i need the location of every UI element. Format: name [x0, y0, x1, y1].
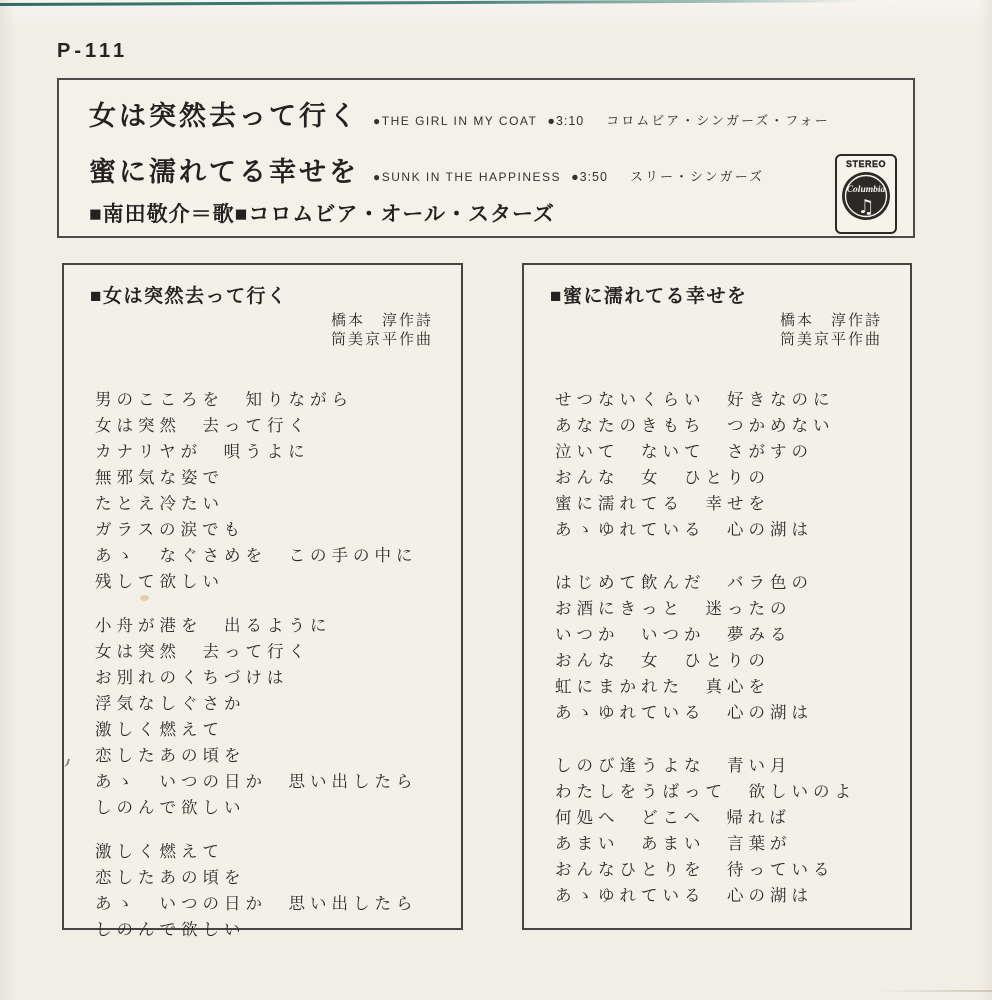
title-header-box: 女は突然去って行く ●THE GIRL IN MY COAT ●3:10 コロム… [57, 78, 915, 238]
track-1-duration: ●3:10 [547, 114, 584, 128]
song-box-side-b: ■蜜に濡れてる幸せを 橋本 淳作詩筒美京平作曲 せつないくらい 好きなのにあなた… [522, 263, 912, 930]
lyric-line: お別れのくちづけは [95, 665, 461, 691]
stanza: しのび逢うよな 青い月わたしをうばって 欲しいのよ何処へ どこへ 帰ればあまい … [555, 753, 910, 909]
lyric-line: しのんで欲しい [95, 917, 461, 943]
lyric-line: 何処へ どこへ 帰れば [555, 805, 910, 831]
columbia-wordmark: Columbia [847, 185, 886, 195]
lyric-line: 女は突然 去って行く [95, 413, 461, 439]
lyric-line: わたしをうばって 欲しいのよ [555, 779, 910, 805]
lyric-line: 男のこころを 知りながら [95, 387, 461, 413]
lyric-line: 無邪気な姿で [95, 465, 461, 491]
song-b-credits: 橋本 淳作詩筒美京平作曲 [524, 311, 910, 349]
lyric-line: おんな 女 ひとりの [555, 465, 910, 491]
lyric-line: 残して欲しい [95, 569, 461, 595]
song-box-side-a: ■女は突然去って行く 橋本 淳作詩筒美京平作曲 男のこころを 知りながら女は突然… [62, 263, 463, 930]
lyric-line: あゝ いつの日か 思い出したら [95, 891, 461, 917]
performers-line: ■南田敬介＝歌■コロムビア・オール・スターズ [89, 198, 555, 228]
stereo-label: STEREO [846, 159, 886, 169]
track-row-2: 蜜に濡れてる幸せを ●SUNK IN THE HAPPINESS ●3:50 ス… [89, 150, 764, 189]
track-2-title: 蜜に濡れてる幸せを [89, 150, 359, 189]
paper-stain [140, 595, 149, 601]
credit-line: 橋本 淳作詩 [524, 311, 882, 330]
music-note-icon: ♫ [857, 196, 874, 218]
song-a-title: ■女は突然去って行く [90, 281, 461, 308]
lyric-line: あゝゆれている 心の湖は [555, 883, 910, 909]
lyric-line: あなたのきもち つかめない [555, 413, 910, 439]
lyric-line: 泣いて ないて さがすの [555, 439, 910, 465]
lyric-line: お酒にきっと 迷ったの [555, 596, 910, 622]
lyric-line: はじめて飲んだ バラ色の [555, 570, 910, 596]
lyric-line: あゝ いつの日か 思い出したら [95, 769, 461, 795]
lyric-line: おんなひとりを 待っている [555, 857, 910, 883]
song-b-title: ■蜜に濡れてる幸せを [550, 281, 910, 308]
lyric-line: 激しく燃えて [95, 717, 461, 743]
lyric-line: 小舟が港を 出るように [95, 613, 461, 639]
credit-line: 橋本 淳作詩 [64, 311, 433, 330]
scan-crease-line [877, 990, 992, 992]
lyric-line: あゝゆれている 心の湖は [555, 517, 910, 543]
stanza: はじめて飲んだ バラ色のお酒にきっと 迷ったのいつか いつか 夢みるおんな 女 … [555, 570, 910, 726]
lyric-line: 女は突然 去って行く [95, 639, 461, 665]
lyric-line: 恋したあの頃を [95, 865, 461, 891]
lyric-line: あまい あまい 言葉が [555, 831, 910, 857]
lyric-line: ガラスの涙でも [95, 517, 461, 543]
lyric-line: カナリヤが 唄うよに [95, 439, 461, 465]
track-1-title: 女は突然去って行く [89, 94, 359, 133]
lyric-line: 虹にまかれた 真心を [555, 674, 910, 700]
columbia-stereo-logo: STEREO Columbia ♫ [835, 154, 897, 234]
stanza: 小舟が港を 出るように女は突然 去って行くお別れのくちづけは浮気なしぐさか激しく… [95, 613, 461, 821]
lyric-line: せつないくらい 好きなのに [555, 387, 910, 413]
song-a-credits: 橋本 淳作詩筒美京平作曲 [64, 311, 461, 349]
track-1-english-title: ●THE GIRL IN MY COAT [373, 114, 537, 128]
columbia-record-icon: Columbia ♫ [841, 170, 891, 222]
lyric-line: 蜜に濡れてる 幸せを [555, 491, 910, 517]
stanza: せつないくらい 好きなのにあなたのきもち つかめない泣いて ないて さがすのおん… [555, 387, 910, 543]
track-1-artist: コロムビア・シンガーズ・フォー [606, 110, 829, 129]
track-2-english-title: ●SUNK IN THE HAPPINESS [373, 170, 561, 184]
lyric-line: しのび逢うよな 青い月 [555, 753, 910, 779]
lyric-line: 恋したあの頃を [95, 743, 461, 769]
track-row-1: 女は突然去って行く ●THE GIRL IN MY COAT ●3:10 コロム… [89, 94, 830, 133]
stanza: 男のこころを 知りながら女は突然 去って行くカナリヤが 唄うよに無邪気な姿でたと… [95, 387, 461, 595]
catalog-number: P-111 [57, 40, 128, 63]
track-2-duration: ●3:50 [571, 170, 608, 184]
song-b-lyrics: せつないくらい 好きなのにあなたのきもち つかめない泣いて ないて さがすのおん… [555, 387, 910, 909]
lyric-line: しのんで欲しい [95, 795, 461, 821]
lyric-line: たとえ冷たい [95, 491, 461, 517]
lyric-line: おんな 女 ひとりの [555, 648, 910, 674]
track-2-artist: スリー・シンガーズ [630, 166, 764, 185]
scanner-edge-line [0, 0, 860, 6]
lyric-line: 激しく燃えて [95, 839, 461, 865]
credit-line: 筒美京平作曲 [64, 330, 433, 349]
lyric-line: あゝゆれている 心の湖は [555, 700, 910, 726]
song-a-lyrics: 男のこころを 知りながら女は突然 去って行くカナリヤが 唄うよに無邪気な姿でたと… [95, 387, 461, 943]
stanza: 激しく燃えて恋したあの頃をあゝ いつの日か 思い出したらしのんで欲しい [95, 839, 461, 943]
lyric-line: いつか いつか 夢みる [555, 622, 910, 648]
credit-line: 筒美京平作曲 [524, 330, 882, 349]
lyric-line: あゝ なぐさめを この手の中に [95, 543, 461, 569]
lyric-line: 浮気なしぐさか [95, 691, 461, 717]
